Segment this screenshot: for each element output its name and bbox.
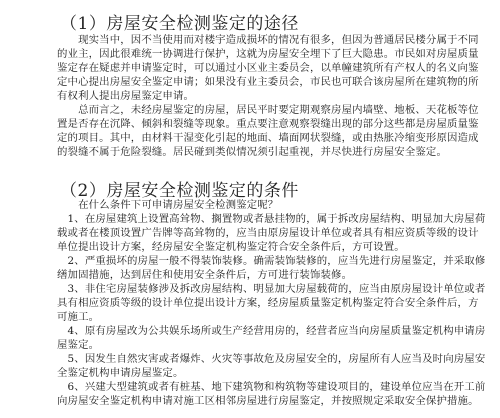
list-item-line: 单位提出设计方案，经房屋安全鉴定机构鉴定符合安全条件后，方可设置。 [57, 241, 487, 254]
paragraph-line: 置是否存在沉降、倾斜和裂缝等现象。重点要注意观察裂缝出现的部分这些都是房屋质量鉴 [57, 118, 487, 131]
list-item-line: 具有相应资质等级的设计单位提出设计方案，经房屋质量鉴定机构鉴定符合安全条件后，方 [57, 297, 487, 310]
paragraph-line: 鉴定存在疑虑并申请鉴定时，可以通过小区业主委员会，以单幢建筑所有产权人的名义向鉴 [57, 62, 487, 75]
list-item-line: 4、原有房屋改为公共娱乐场所或生产经营用房的，经营者应当向房屋质量鉴定机构申请房 [57, 325, 487, 338]
paragraph-line: 在什么条件下可申请房屋安全检测鉴定呢？ [57, 199, 487, 212]
section-heading-1: （1）房屋安全检测鉴定的途径 [60, 9, 299, 34]
paragraph-line: 现实当中，因不当使用而对楼宇造成损坏的情况有很多，但因为普通居民楼分属于不同 [57, 34, 487, 47]
list-item-line: 向房屋安全鉴定机构申请对施工区相邻房屋进行房屋鉴定，并按照规定采取安全保护措施。 [57, 395, 487, 408]
section-heading-2: （2）房屋安全检测鉴定的条件 [60, 176, 299, 201]
paragraph-line: 的裂缝不属于危险裂缝。居民碰到类似情况须引起重视，并尽快进行房屋安全鉴定。 [57, 146, 487, 159]
list-item-line: 3、非住宅房屋装修涉及拆改房屋结构、明显加大房屋载荷的，应当由原房屋设计单位或者 [57, 283, 487, 296]
list-item-line: 5、因发生自然灾害或者爆炸、火灾等事故危及房屋安全的，房屋所有人应当及时向房屋安 [57, 353, 487, 366]
paragraph-line: 总而言之，未经房屋鉴定的房屋，居民平时要定期观察房屋内墙壁、地板、天花板等位 [57, 104, 487, 117]
paragraph-line: 定的项目。其中，由材料干湿变化引起的地面、墙面网状裂缝，或由热胀冷缩变形原因造成 [57, 132, 487, 145]
list-item-line: 可施工。 [57, 311, 487, 324]
paragraph-line: 定中心提出房屋安全鉴定申请；如果没有业主委员会，市民也可联合该房屋所在建筑物的所 [57, 76, 487, 89]
list-item-line: 缮加固措施，达到居住和使用安全条件后，方可进行装饰装修。 [57, 269, 487, 282]
list-item-line: 屋鉴定。 [57, 339, 487, 352]
list-item-line: 载或者在楼顶设置广告牌等高耸物的，应当由原房屋设计单位或者具有相应资质等级的设计 [57, 227, 487, 240]
paragraph-line: 的业主，因此很难统一协调进行保护，这就为房屋安全埋下了巨大隐患。市民如对房屋质量 [57, 48, 487, 61]
paragraph-line: 有权利人提出房屋鉴定申请。 [57, 90, 487, 103]
list-item-line: 全鉴定机构申请房屋鉴定。 [57, 367, 487, 380]
list-item-line: 2、严重损坏的房屋一般不得装饰装修。确需装饰装修的，应当先进行房屋鉴定，并采取修 [57, 255, 487, 268]
document-page: （1）房屋安全检测鉴定的途径 现实当中，因不当使用而对楼宇造成损坏的情况有很多，… [0, 0, 500, 418]
list-item-line: 1、在房屋建筑上设置高耸物、搁置物或者悬挂物的，属于拆改房屋结构、明显加大房屋荷 [57, 213, 487, 226]
list-item-line: 6、兴建大型建筑或者有桩基、地下建筑物和构筑物等建设项目的，建设单位应当在开工前 [57, 381, 487, 394]
